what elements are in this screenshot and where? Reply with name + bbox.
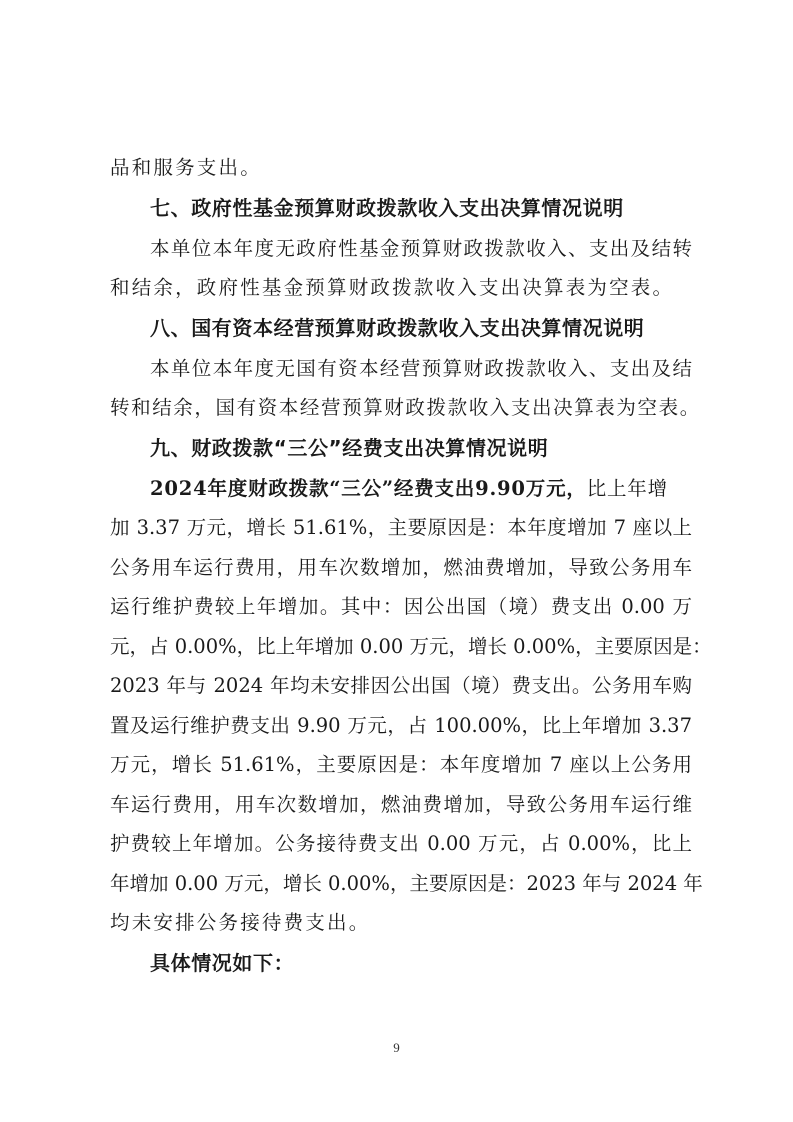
paragraph-line: 本单位本年度无国有资本经营预算财政拨款收入、支出及结 [110,349,692,389]
paragraph-line: 转和结余，国有资本经营预算财政拨款收入支出决算表为空表。 [110,388,692,428]
paragraph-line: 车运行费用，用车次数增加，燃油费增加，导致公务用车运行维 [110,785,692,825]
paragraph-line: 和结余，政府性基金预算财政拨款收入支出决算表为空表。 [110,268,692,308]
paragraph-line: 运行维护费较上年增加。其中：因公出国（境）费支出 0.00 万 [110,587,692,627]
section-heading-8: 八、国有资本经营预算财政拨款收入支出决算情况说明 [110,308,692,349]
paragraph-line: 本单位本年度无政府性基金预算财政拨款收入、支出及结转 [110,229,692,269]
paragraph-line: 万元，增长 51.61%，主要原因是：本年度增加 7 座以上公务用 [110,745,692,785]
continuation-text: 品和服务支出。 [110,148,692,188]
paragraph-lead-line: 2024年度财政拨款“三公”经费支出9.90万元，比上年增 [110,469,692,509]
paragraph-line: 2023 年与 2024 年均未安排因公出国（境）费支出。公务用车购 [110,666,692,706]
lead-summary-bold: 2024年度财政拨款“三公”经费支出9.90万元， [150,477,587,500]
paragraph-line: 均未安排公务接待费支出。 [110,903,692,943]
paragraph-line: 加 3.37 万元，增长 51.61%，主要原因是：本年度增加 7 座以上 [110,508,692,548]
section-heading-7: 七、政府性基金预算财政拨款收入支出决算情况说明 [110,188,692,229]
paragraph-line: 护费较上年增加。公务接待费支出 0.00 万元，占 0.00%，比上 [110,824,692,864]
paragraph-line: 公务用车运行费用，用车次数增加，燃油费增加，导致公务用车 [110,548,692,588]
section-heading-9: 九、财政拨款“三公”经费支出决算情况说明 [110,428,692,469]
paragraph-line: 年增加 0.00 万元，增长 0.00%，主要原因是：2023 年与 2024 … [110,864,692,904]
paragraph-line: 元，占 0.00%，比上年增加 0.00 万元，增长 0.00%，主要原因是： [110,627,692,667]
page-number: 9 [0,1040,793,1056]
paragraph-line: 置及运行维护费支出 9.90 万元，占 100.00%，比上年增加 3.37 [110,706,692,746]
document-page: 品和服务支出。 七、政府性基金预算财政拨款收入支出决算情况说明 本单位本年度无政… [110,148,692,984]
summary-heading: 具体情况如下： [110,943,692,984]
lead-summary-rest: 比上年增 [587,477,668,500]
